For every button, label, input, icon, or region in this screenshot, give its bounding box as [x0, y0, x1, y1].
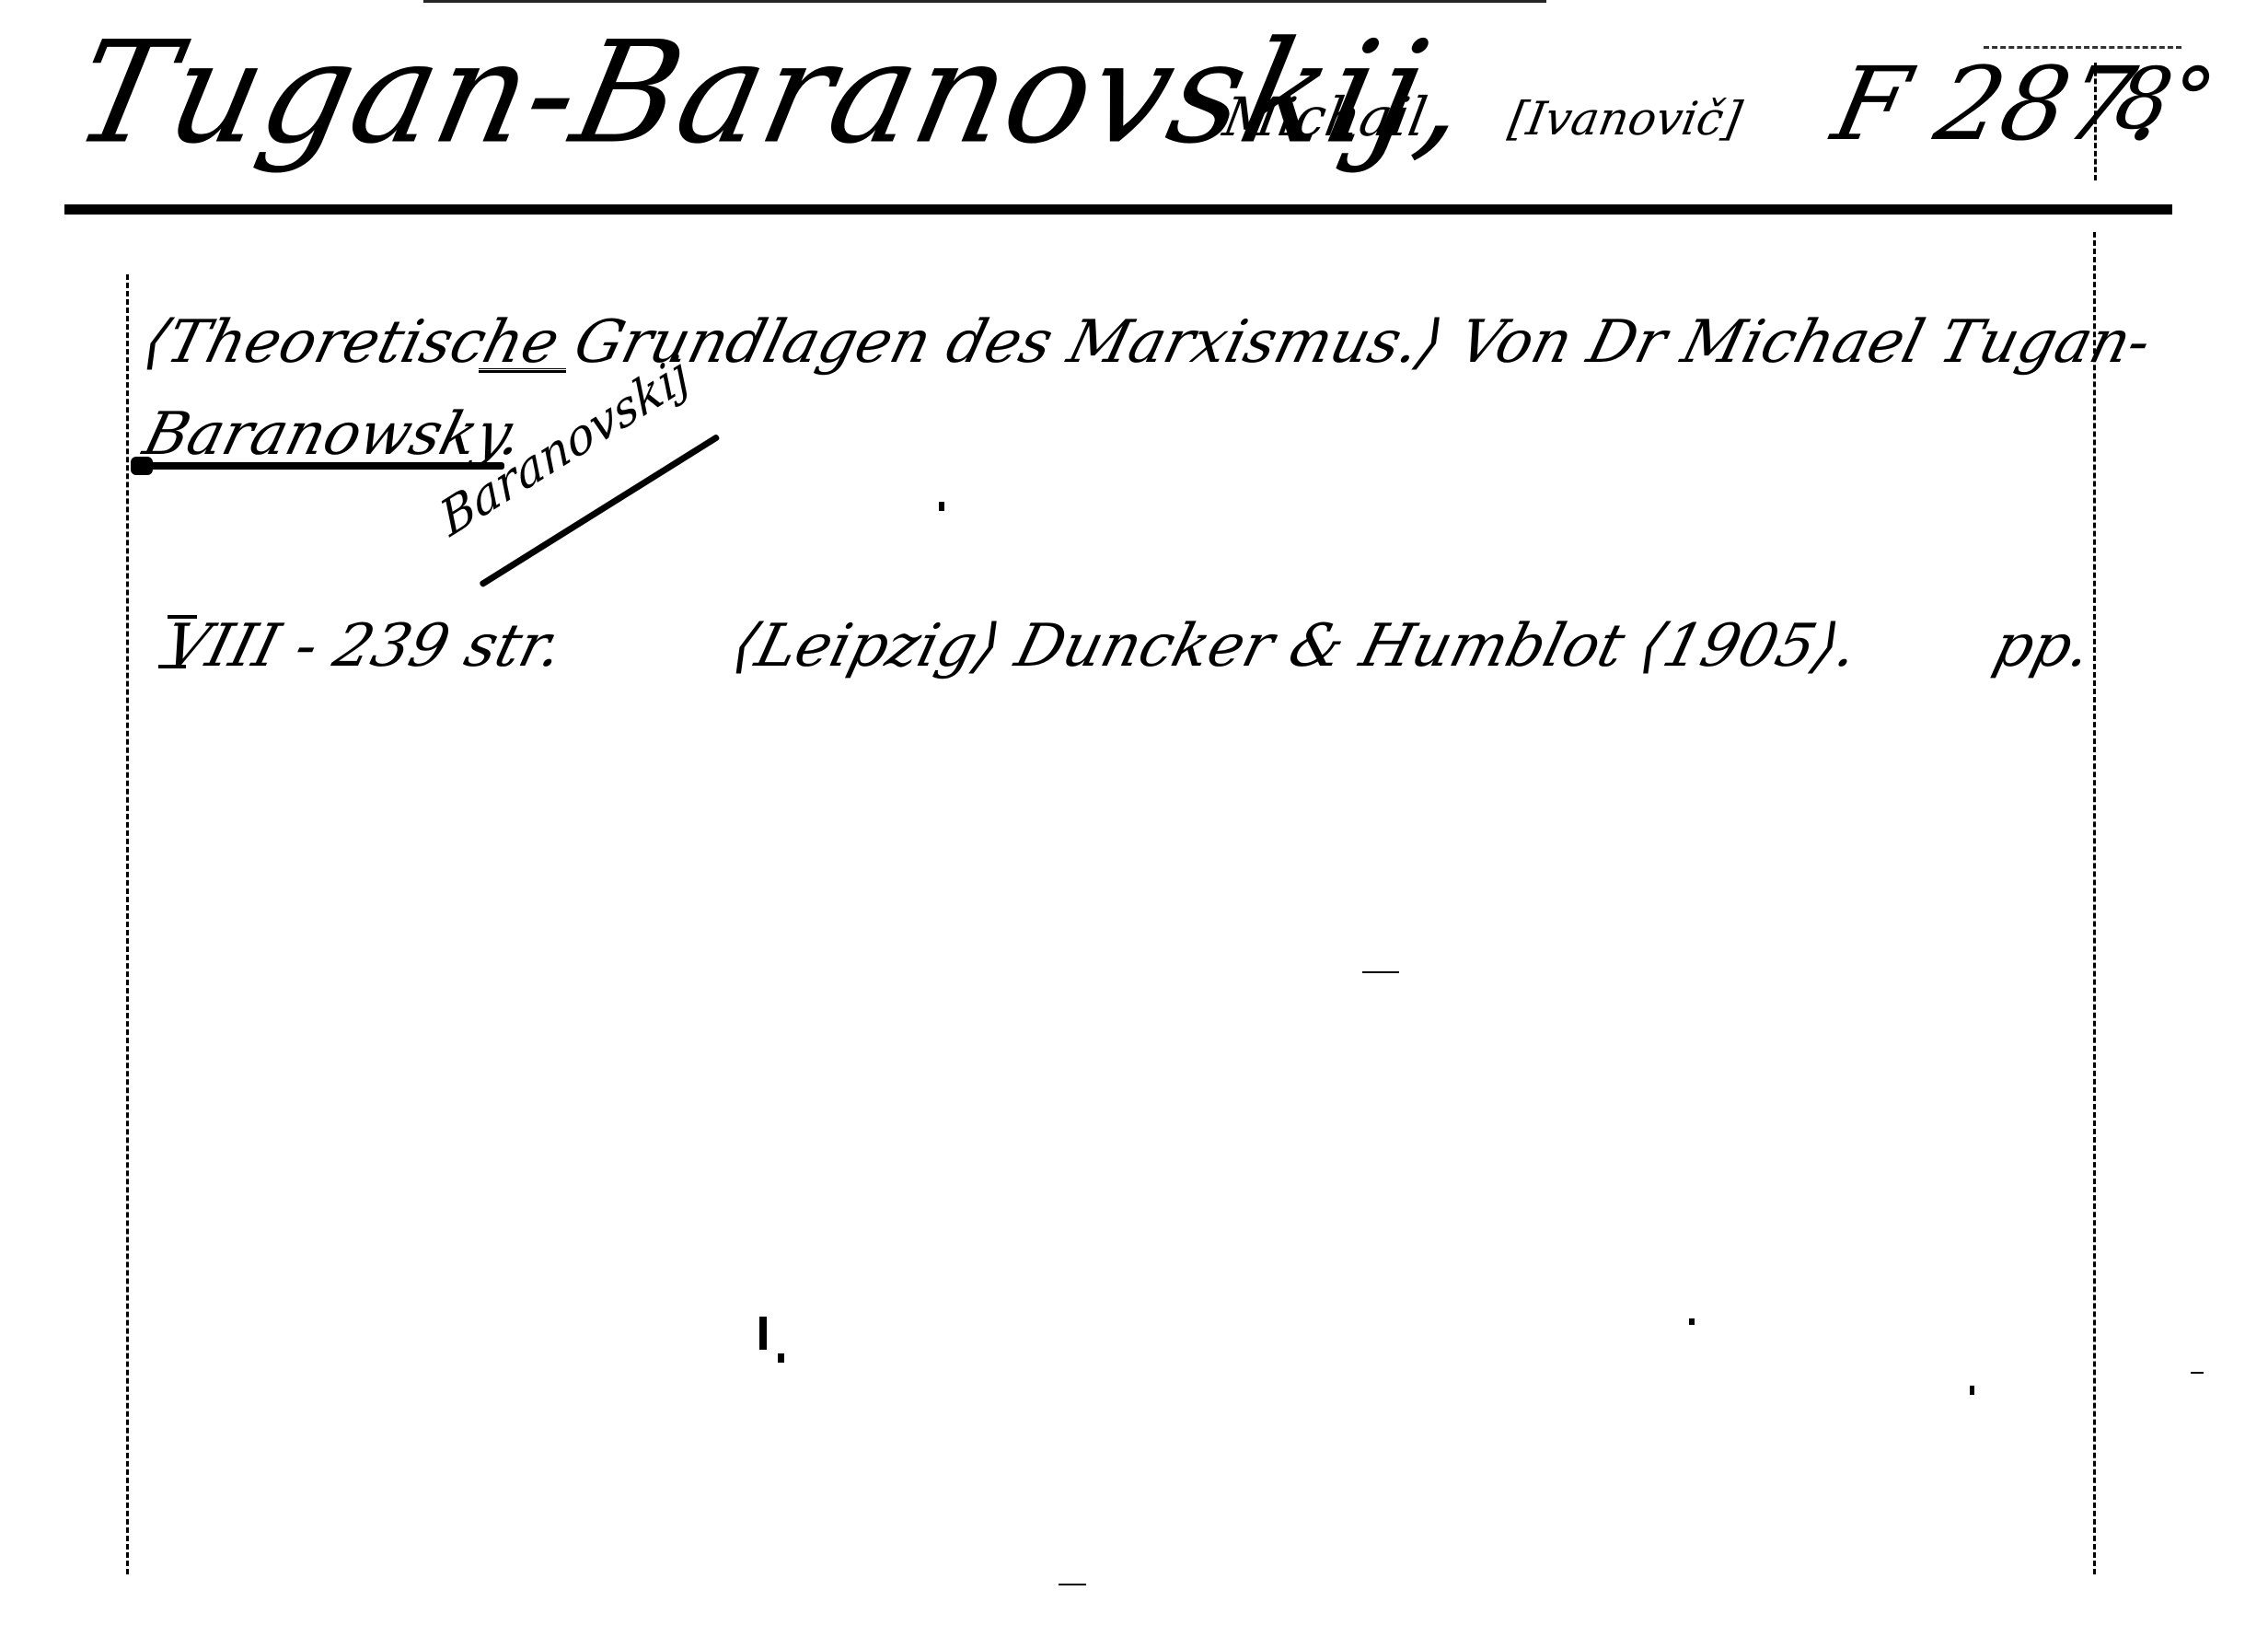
collation: VIII - 239 str. — [158, 617, 568, 676]
author-patronymic: [Ivanovič] — [1506, 96, 1745, 142]
title-line-1: ⟨Theoretische Grundlagen des Marxismus.⟩… — [138, 313, 2157, 372]
imprint: ⟨Leipzig⟩ Duncker & Humblot ⟨1905⟩. — [727, 617, 1864, 676]
scan-speck — [1970, 1386, 1974, 1395]
title-line-2: Baranowsky. — [138, 405, 528, 464]
scan-top-edge — [423, 0, 1546, 3]
header-dashed-rule — [1984, 46, 2181, 49]
scan-speck — [778, 1353, 784, 1363]
grund-underline — [479, 368, 566, 373]
author-name-underline — [136, 462, 504, 470]
author-given-name: Michail — [1220, 90, 1431, 144]
scan-speck — [759, 1317, 767, 1350]
scan-speck — [1059, 1584, 1086, 1585]
scan-speck — [1689, 1318, 1695, 1325]
header-thick-rule — [64, 204, 2172, 215]
scan-speck — [2191, 1372, 2204, 1374]
right-dashed-margin — [2093, 232, 2096, 1574]
binding-note: pp. — [1988, 617, 2097, 676]
format-size: 8° — [2110, 57, 2221, 142]
scan-speck — [939, 502, 944, 511]
scan-speck — [1362, 971, 1399, 973]
header-dashed-divider — [2094, 63, 2097, 180]
left-dashed-margin — [126, 274, 129, 1574]
roman-numeral-underline — [158, 665, 186, 668]
